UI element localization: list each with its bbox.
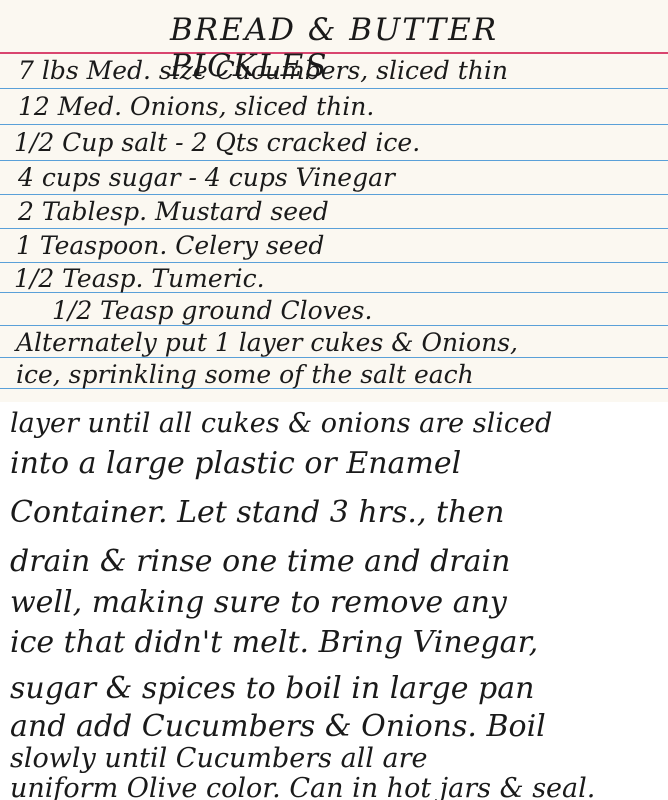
ingredient-line: 1 Teaspoon. Celery seed [16, 231, 324, 260]
direction-line: and add Cucumbers & Onions. Boil [10, 709, 546, 744]
recipe-card-front: BREAD & BUTTER PICKLES 7 lbs Med. size C… [0, 0, 668, 402]
direction-line: well, making sure to remove any [10, 585, 507, 620]
direction-line: Container. Let stand 3 hrs., then [10, 495, 504, 530]
ingredient-line: 12 Med. Onions, sliced thin. [18, 92, 374, 121]
ingredient-line: 4 cups sugar - 4 cups Vinegar [18, 163, 395, 192]
ingredient-line: 2 Tablesp. Mustard seed [18, 197, 329, 226]
direction-line: Alternately put 1 layer cukes & Onions, [16, 328, 518, 357]
ingredient-line: 1/2 Teasp. Tumeric. [14, 264, 265, 293]
ruled-line [0, 357, 668, 358]
direction-line: uniform Olive color. Can in hot jars & s… [10, 773, 595, 800]
ingredient-line: 1/2 Cup salt - 2 Qts cracked ice. [14, 128, 420, 157]
direction-line: sugar & spices to boil in large pan [10, 671, 534, 706]
recipe-card-back: layer until all cukes & onions are slice… [0, 402, 668, 800]
ruled-line [0, 325, 668, 326]
direction-line: slowly until Cucumbers all are [10, 743, 428, 774]
direction-line: ice that didn't melt. Bring Vinegar, [10, 625, 538, 660]
direction-line: into a large plastic or Enamel [10, 446, 461, 481]
ruled-line [0, 124, 668, 125]
ruled-line [0, 160, 668, 161]
ingredient-line: 1/2 Teasp ground Cloves. [52, 296, 372, 325]
direction-line: ice, sprinkling some of the salt each [16, 360, 474, 389]
ruled-line [0, 194, 668, 195]
ruled-line [0, 262, 668, 263]
ruled-line [0, 88, 668, 89]
ingredient-line: 7 lbs Med. size Cucumbers, sliced thin [18, 56, 508, 85]
ruled-line [0, 228, 668, 229]
direction-line: drain & rinse one time and drain [10, 544, 510, 579]
direction-line: layer until all cukes & onions are slice… [10, 408, 552, 439]
